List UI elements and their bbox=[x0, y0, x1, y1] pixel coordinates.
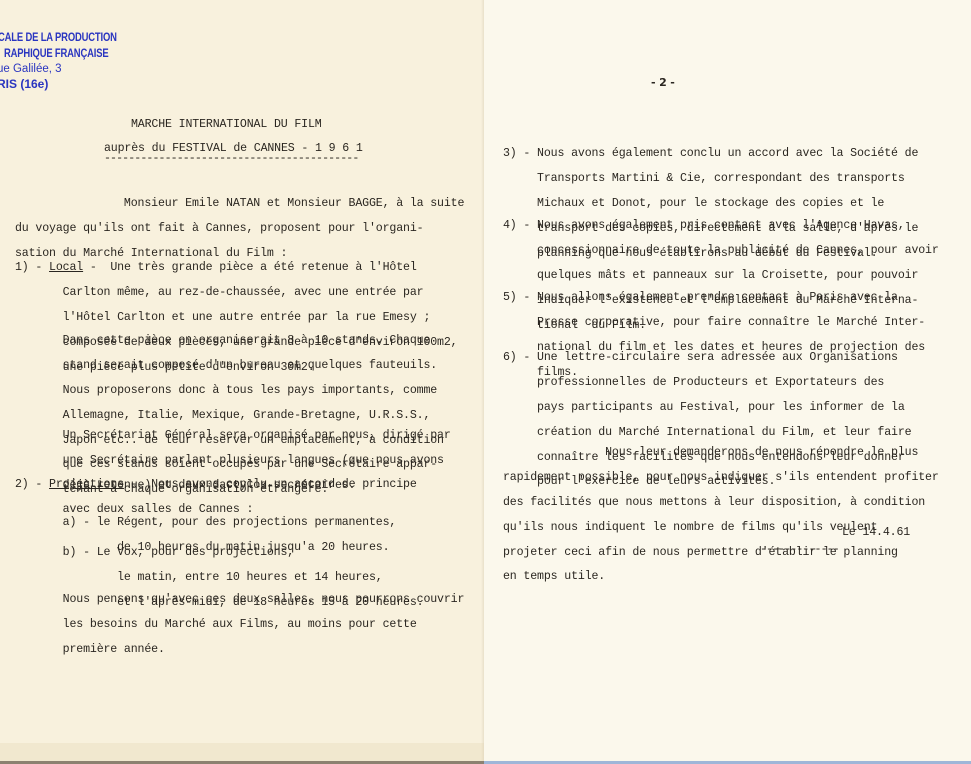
document-date: Le 14.4.61 bbox=[842, 527, 910, 539]
item-line: Transports Martini & Cie, correspondant … bbox=[503, 173, 918, 185]
item-2-closing-paragraph: Nous pensons qu'avec ces deux salles, no… bbox=[15, 582, 464, 669]
title-underline-rule: ----------------------------------------… bbox=[104, 153, 358, 165]
item-number: 2) - bbox=[15, 478, 49, 491]
closing-line: rapidement possible, pour nous indiquer … bbox=[503, 472, 939, 484]
closing-line: en temps utile. bbox=[503, 571, 939, 583]
item-line: a) - le Régent, pour des projections per… bbox=[15, 517, 396, 529]
item-line: Carlton même, au rez-de-chaussée, avec u… bbox=[15, 287, 457, 299]
item-line: Presse corporative, pour faire connaître… bbox=[503, 317, 925, 329]
item-line: concessionnaire de toute la publicité de… bbox=[503, 245, 939, 257]
signature-rule: ------------- bbox=[760, 544, 839, 556]
closing-line: projeter ceci afin de nous permettre d'é… bbox=[503, 547, 939, 559]
item-line: les besoins du Marché aux Films, au moin… bbox=[15, 619, 464, 631]
item-line: 3) - Nous avons également conclu un acco… bbox=[503, 148, 918, 160]
page-number: - 2 - bbox=[651, 77, 675, 89]
item-line: pays participants au Festival, pour les … bbox=[503, 402, 911, 414]
stamp-line-1: CALE DE LA PRODUCTION bbox=[0, 30, 117, 46]
item-line: 5) - Nous allons également prendre conta… bbox=[503, 292, 925, 304]
stamp-address: ue Galilée, 3 bbox=[0, 62, 143, 77]
closing-paragraph: Nous leur demanderons de nous répondre l… bbox=[503, 435, 939, 596]
closing-line: des facilités que nous mettons à leur di… bbox=[503, 497, 939, 509]
item-line: - Une très grande pièce a été retenue à … bbox=[83, 261, 417, 274]
letterhead-stamp: CALE DE LA PRODUCTION RAPHIQUE FRANÇAISE… bbox=[0, 30, 143, 92]
item-line: une Secrétaire parlant plusieurs langues… bbox=[15, 455, 451, 467]
intro-line: du voyage qu'ils ont fait à Cannes, prop… bbox=[15, 223, 464, 235]
intro-line: Monsieur Emile NATAN et Monsieur BAGGE, … bbox=[15, 198, 464, 210]
closing-line: Nous leur demanderons de nous répondre l… bbox=[503, 447, 939, 459]
item-line: 4) - Nous avons également pris contact a… bbox=[503, 220, 939, 232]
item-line: première année. bbox=[15, 644, 464, 656]
item-line: 6) - Une lettre-circulaire sera adressée… bbox=[503, 352, 911, 364]
item-line: Dans cette pièce on organiserait 8 à 10 … bbox=[15, 335, 444, 347]
item-line: - Nous avons conclu un accord de princip… bbox=[124, 478, 417, 491]
document-title: MARCHE INTERNATIONAL DU FILM bbox=[131, 119, 322, 131]
item-number: 1) - bbox=[15, 261, 49, 274]
stamp-line-2: RAPHIQUE FRANÇAISE bbox=[4, 46, 118, 62]
item-line: Nous pensons qu'avec ces deux salles, no… bbox=[15, 594, 464, 606]
item-line: Un Secrétariat Général sera organisé par… bbox=[15, 430, 451, 442]
item-line: Nous proposerons donc à tous les pays im… bbox=[15, 385, 444, 397]
stamp-city: RIS (16e) bbox=[0, 77, 143, 92]
item-heading: Projections bbox=[49, 478, 124, 491]
paper-fold-shadow bbox=[0, 743, 484, 761]
item-line: professionnelles de Producteurs et Expor… bbox=[503, 377, 911, 389]
item-line: b) - Le Vox, pour des projections, bbox=[15, 547, 423, 559]
item-line: stand serait composé d'un bureau et quel… bbox=[15, 360, 444, 372]
item-heading: Local bbox=[49, 261, 83, 274]
